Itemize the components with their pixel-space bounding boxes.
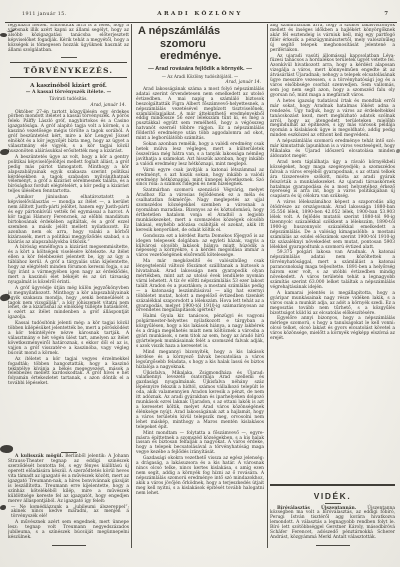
article-title: A kaszinóból kizárt gróf. [8,83,129,89]
paragraph: Gazdasági okokra vezethető vissza az egé… [136,457,264,496]
paragraph: Arad nem táplálhatja úgy a rávaló környé… [270,161,395,200]
ink-mark [396,149,400,153]
column-divider-left [131,24,132,548]
paragraph: Várni egyre csak javítják a katonai léts… [136,169,264,189]
paragraph: Arad lakosságának száma a most folyó nép… [136,88,264,142]
ink-mark [0,505,6,510]
paragraph: Mind megannyi bizonyíték, hogy a kis lak… [136,351,264,371]
paragraph: Egyelőre annyi bizonyos, hogy a népszáml… [270,317,395,342]
page-number: 7 [384,11,388,17]
paragraph: A népszámlálás szomorú eredménye tehát i… [270,140,395,160]
middle-dateline: Arad, január 14. [136,80,261,85]
column-spacer [270,343,395,482]
paragraph: Újkisfalva, Mikalaka, Zsigmondháza és Új… [136,372,264,431]
section-end-rule [270,484,395,486]
newspaper-page: 1911 január 15. ARADI KÖZLÖNY 7 fegyházr… [0,0,400,567]
item-end-rule [316,545,350,546]
separator-dash [325,503,341,504]
paragraph: Kassai tudósítónk jelenti még: a kör tag… [8,322,129,356]
separator-dash [61,452,77,453]
theater-item: A kulisszák mögül. Berlinből jelentik: A… [8,455,129,504]
paragraph: Október 27-én tartott közgyűlésén egy ér… [8,111,129,155]
paragraph: „Amikor júniusban elhatároztatott a képv… [8,196,129,245]
paragraph: Mint mondtam — folytatta a főszámvevő —,… [136,432,264,457]
article-wire-credit: Távirati tudósítás. [8,96,129,101]
paragraph: A város lélekszámához képest a szaporodá… [270,201,395,250]
left-column: fegyházra ítélték. Elmondták arra is a f… [8,24,129,548]
census-article-continuation: alig számíthatnak arra, hogy a szűkös la… [270,24,395,343]
census-article-body: Arad lakosságának száma a most folyó nép… [136,88,264,498]
credit-line: — Az Aradi Közlöny tudósítójától. — [136,74,264,79]
middle-column: A népszámlálás szomoru eredménye. — Arad… [136,24,264,534]
section-box-torvenykezes: TÖRVÉNYKEZÉS. [10,62,127,78]
left-intro-paragraph: fegyházra ítélték. Elmondták arra is a f… [8,24,129,54]
masthead: ARADI KÖZLÖNY [0,11,400,17]
paragraph: alig számíthatnak arra, hogy a szűkös la… [270,24,395,54]
videk-item-text: Újszentanna községben ma volt a bíróvála… [270,506,395,541]
item-end-rule [52,545,86,546]
paragraph: Gondozza ezt a kérdést Barta Domokos főj… [136,235,264,260]
court-article-body: Október 27-én tartott közgyűlésén egy ér… [8,111,129,389]
article-dateline: Arad, január 14. [8,103,126,108]
videk-section-title: VIDÉK. [270,491,395,501]
theater-quote: — Ne komédiázzunk a „jubileumi álszerepp… [8,506,129,521]
paragraph: Szatmárban szomorú szenzáció Végvárig, m… [136,189,264,233]
page-header: 1911 január 15. ARADI KÖZLÖNY 7 [0,11,400,21]
paragraph: A hetes igazság tudatával írtak és mondt… [270,100,395,139]
section-title: TÖRVÉNYKEZÉS. [10,66,127,75]
paragraph: A beszüntetés ügye az volt, hogy a kör a… [8,156,129,195]
paragraph: A bíróság ennélfogva a kizárást megsemmi… [8,246,129,285]
column-divider-right [267,24,268,548]
paragraph: A gróf ügyvédje útján még külön jegyzőkö… [8,287,129,321]
ink-mark [0,33,7,38]
right-column: alig számíthatnak arra, hogy a szűkös la… [270,24,395,548]
article-subtitle: — A kassai törvényszék ítélete. — [8,90,129,95]
paragraph: 59.375 polgári lakosa van Aradnak. A kat… [270,251,395,290]
paragraph: Halmi Gyula kir. tanácsos, pénzügyi és v… [136,315,264,349]
paragraph: Sokan azonban remélik, hogy a valódi ere… [136,143,264,168]
theater-closing: A művésznek azért sem engednek, mert ünn… [8,521,129,541]
paragraph: A kamarai jelentés is megállapította, ho… [270,292,395,317]
scanned-content: 1911 január 15. ARADI KÖZLÖNY 7 fegyházr… [0,0,400,567]
paragraph: Az ítéletet a kör tagjai vegyes érzelmek… [8,358,129,388]
main-headline-line1: A népszámlálás [138,25,264,38]
column-spacer [8,388,129,449]
main-subhead: — Arad rovására fejlődik a környék. — [136,66,264,72]
paragraph: Az ujaradi vasúti állomással kapcsolatba… [270,55,395,99]
main-headline-line2: szomoru eredménye. [160,38,264,63]
theater-item-text: Berlinből jelentik: A Johann Strauss-The… [8,454,129,503]
header-rule [5,22,397,23]
videk-item: Bíróválasztás Újszentannán. Újszentanna … [270,507,395,541]
separator-dash [61,57,77,58]
paragraph: Ma már megközelítő és valószínűleg csak … [136,260,264,314]
